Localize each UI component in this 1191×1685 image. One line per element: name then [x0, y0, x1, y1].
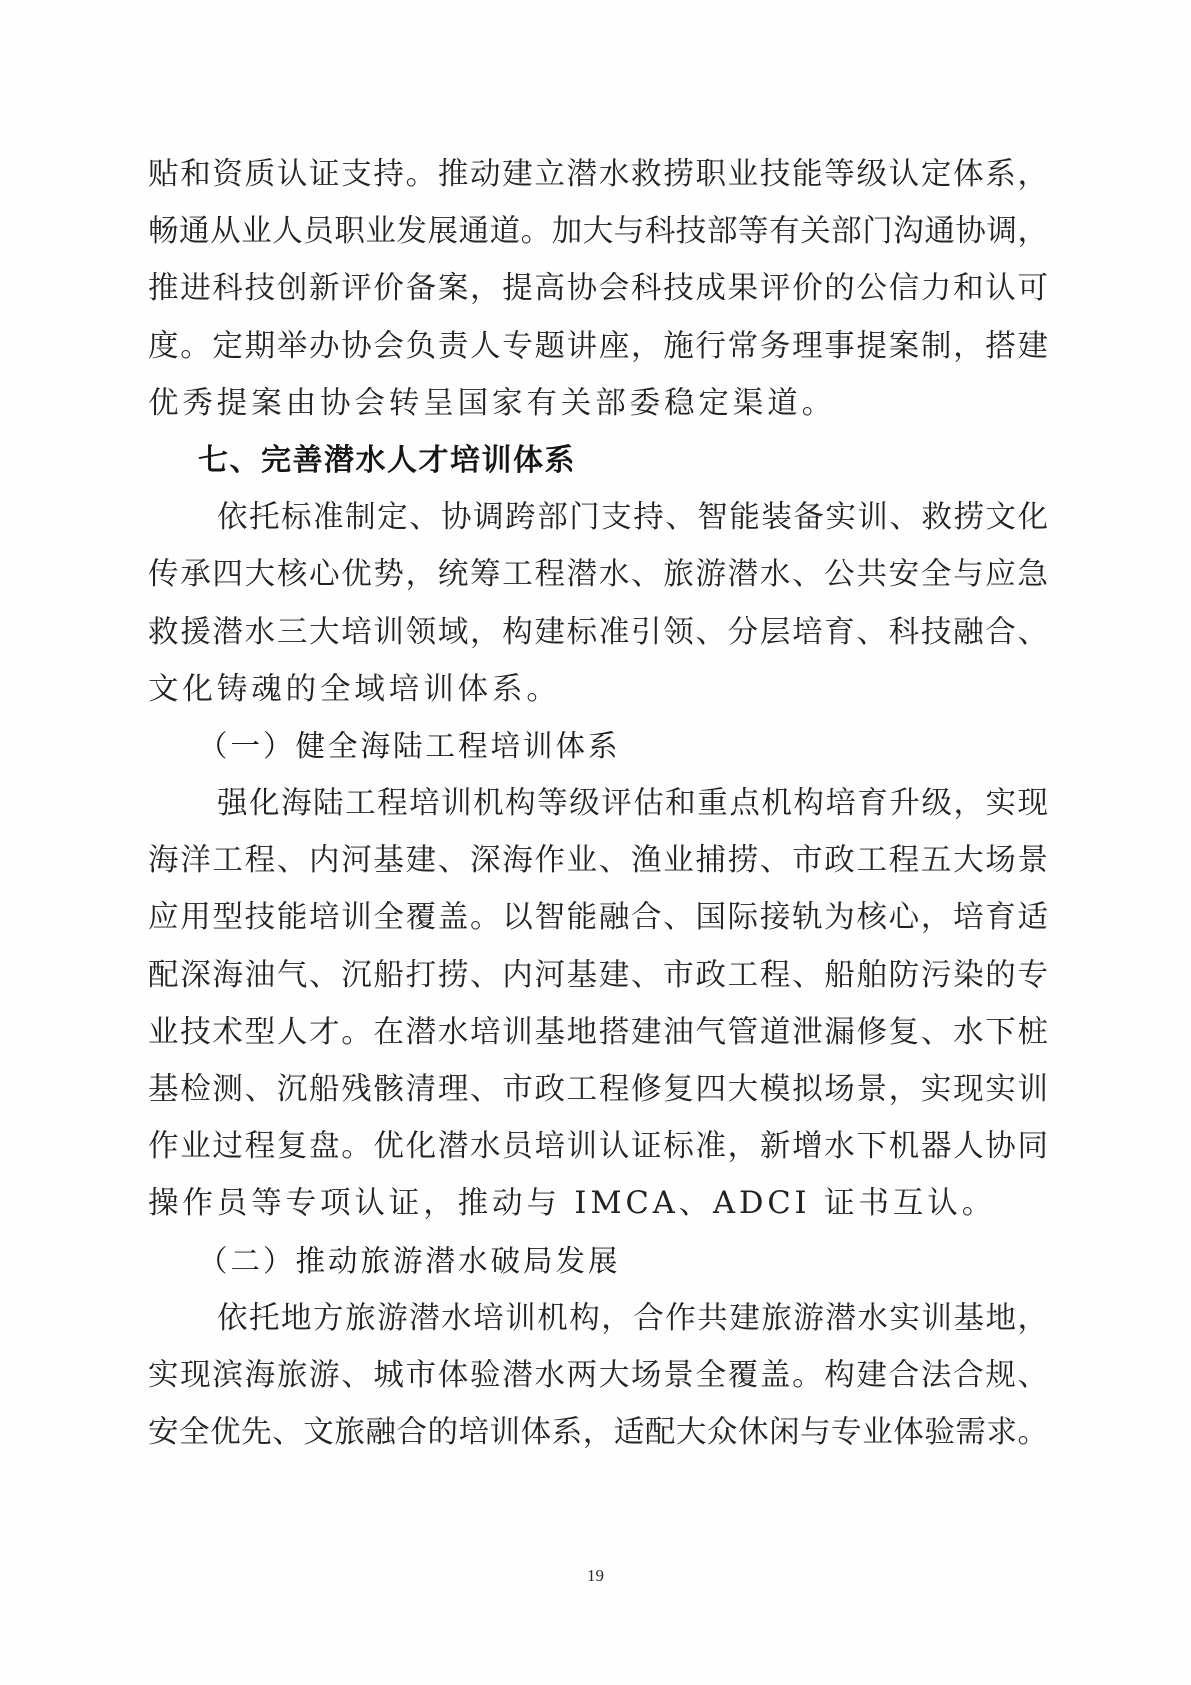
body-line: 度。定期举办协会负责人专题讲座，施行常务理事提案制，搭建	[148, 318, 1048, 375]
subsection-heading-1: （一）健全海陆工程培训体系	[148, 718, 1048, 775]
body-line: 畅通从业人员职业发展通道。加大与科技部等有关部门沟通协调，	[148, 203, 1048, 260]
body-line: 实现滨海旅游、城市体验潜水两大场景全覆盖。构建合法合规、	[148, 1347, 1048, 1404]
body-line: 传承四大核心优势，统筹工程潜水、旅游潜水、公共安全与应急	[148, 546, 1048, 603]
body-line: 应用型技能培训全覆盖。以智能融合、国际接轨为核心，培育适	[148, 889, 1048, 946]
body-line: 业技术型人才。在潜水培训基地搭建油气管道泄漏修复、水下桩	[148, 1004, 1048, 1061]
body-line: 贴和资质认证支持。推动建立潜水救捞职业技能等级认定体系，	[148, 146, 1048, 203]
body-line: 救援潜水三大培训领域，构建标准引领、分层培育、科技融合、	[148, 604, 1048, 661]
body-line: 推进科技创新评价备案，提高协会科技成果评价的公信力和认可	[148, 260, 1048, 317]
document-page: 贴和资质认证支持。推动建立潜水救捞职业技能等级认定体系， 畅通从业人员职业发展通…	[0, 0, 1191, 1685]
document-body: 贴和资质认证支持。推动建立潜水救捞职业技能等级认定体系， 畅通从业人员职业发展通…	[148, 146, 1048, 1461]
paragraph-first-line: 强化海陆工程培训机构等级评估和重点机构培育升级，实现	[148, 775, 1048, 832]
paragraph-first-line: 依托标准制定、协调跨部门支持、智能装备实训、救捞文化	[148, 489, 1048, 546]
body-line: 操作员等专项认证，推动与 IMCA、ADCI 证书互认。	[148, 1175, 1048, 1232]
body-line: 安全优先、文旅融合的培训体系，适配大众休闲与专业体验需求。	[148, 1404, 1048, 1461]
paragraph-first-line: 依托地方旅游潜水培训机构，合作共建旅游潜水实训基地，	[148, 1290, 1048, 1347]
body-line: 配深海油气、沉船打捞、内河基建、市政工程、船舶防污染的专	[148, 947, 1048, 1004]
section-heading-7: 七、完善潜水人才培训体系	[148, 432, 1048, 489]
body-line: 优秀提案由协会转呈国家有关部委稳定渠道。	[148, 375, 1048, 432]
subsection-heading-2: （二）推动旅游潜水破局发展	[148, 1233, 1048, 1290]
body-line: 文化铸魂的全域培训体系。	[148, 661, 1048, 718]
body-line: 海洋工程、内河基建、深海作业、渔业捕捞、市政工程五大场景	[148, 832, 1048, 889]
body-line: 基检测、沉船残骸清理、市政工程修复四大模拟场景，实现实训	[148, 1061, 1048, 1118]
body-line: 作业过程复盘。优化潜水员培训认证标准，新增水下机器人协同	[148, 1118, 1048, 1175]
page-number: 19	[0, 1566, 1191, 1586]
